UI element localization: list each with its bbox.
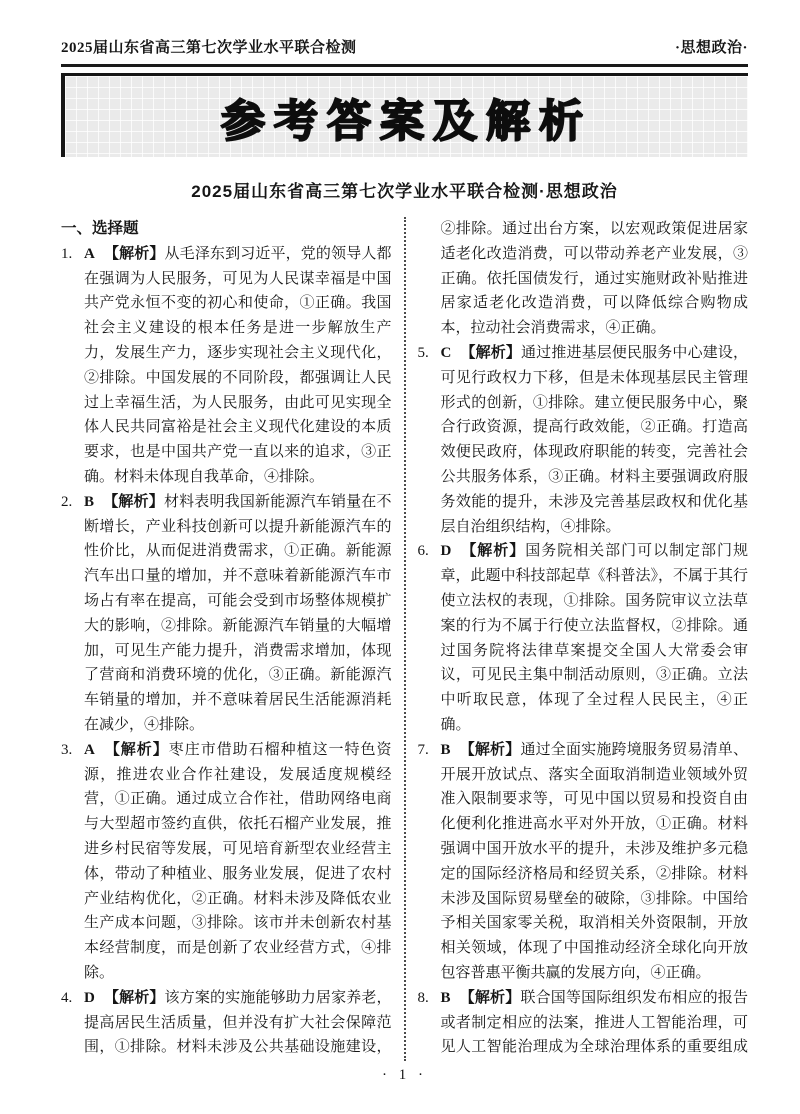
- answer-letter: D: [84, 990, 95, 1006]
- answer-text: 枣庄市借助石榴种植这一特色资源，推进农业合作社建设，发展适度规模经营，①正确。通…: [84, 742, 392, 981]
- answer-letter: A: [84, 742, 95, 758]
- exam-answer-page: 2025届山东省高三第七次学业水平联合检测 ·思想政治· 参考答案及解析 202…: [0, 0, 800, 1114]
- answer-item: 5.C【解析】通过推进基层便民服务中心建设，可见行政权力下移，但是未体现基层民主…: [418, 341, 749, 539]
- answer-text: 从毛泽东到习近平，党的领导人都在强调为人民服务，可见为人民谋幸福是中国共产党永恒…: [84, 246, 392, 485]
- answer-text: 通过推进基层便民服务中心建设，可见行政权力下移，但是未体现基层民主管理形式的创新…: [441, 345, 749, 535]
- answer-list: 1.A【解析】从毛泽东到习近平，党的领导人都在强调为人民服务，可见为人民谋幸福是…: [61, 217, 748, 1061]
- analysis-label: 【解析】: [103, 493, 164, 510]
- answer-number: 1.: [61, 242, 72, 267]
- answer-letter: D: [441, 543, 452, 559]
- analysis-label: 【解析】: [460, 741, 521, 758]
- section-title: 一、选择题: [61, 217, 392, 242]
- answer-columns: 一、选择题 1.A【解析】从毛泽东到习近平，党的领导人都在强调为人民服务，可见为…: [61, 217, 748, 1061]
- answer-item: 3.A【解析】枣庄市借助石榴种植这一特色资源，推进农业合作社建设，发展适度规模经…: [61, 738, 392, 986]
- analysis-label: 【解析】: [104, 741, 169, 758]
- answer-number: 4.: [61, 986, 72, 1011]
- answer-letter: B: [441, 742, 451, 758]
- answer-item: 2.B【解析】材料表明我国新能源汽车销量在不断增长，产业科技创新可以提升新能源汽…: [61, 490, 392, 738]
- page-number: · 1 ·: [382, 1067, 427, 1083]
- answer-letter: A: [84, 246, 95, 262]
- answer-number: 8.: [418, 986, 429, 1011]
- answer-number: 7.: [418, 738, 429, 763]
- page-footer: · 1 ·: [61, 1067, 748, 1084]
- answer-number: 3.: [61, 738, 72, 763]
- answer-number: 2.: [61, 490, 72, 515]
- answer-text: 材料表明我国新能源汽车销量在不断增长，产业科技创新可以提升新能源汽车的性价比，从…: [84, 494, 392, 733]
- page-header: 2025届山东省高三第七次学业水平联合检测 ·思想政治·: [61, 36, 748, 67]
- analysis-label: 【解析】: [460, 542, 525, 559]
- analysis-label: 【解析】: [104, 989, 165, 1006]
- answer-number: 5.: [418, 341, 429, 366]
- page-title: 参考答案及解析: [221, 85, 592, 149]
- answer-letter: C: [441, 345, 452, 361]
- header-exam-title: 2025届山东省高三第七次学业水平联合检测: [61, 36, 357, 57]
- answer-number: 6.: [418, 539, 429, 564]
- analysis-label: 【解析】: [460, 989, 521, 1006]
- answer-item: 7.B【解析】通过全面实施跨境服务贸易清单、开展开放试点、落实全面取消制造业领域…: [418, 738, 749, 986]
- answer-item: 6.D【解析】国务院相关部门可以制定部门规章，此题中科技部起草《科普法》，不属于…: [418, 539, 749, 737]
- subtitle: 2025届山东省高三第七次学业水平联合检测·思想政治: [61, 177, 748, 202]
- header-subject: ·思想政治·: [675, 36, 748, 57]
- title-banner: 参考答案及解析: [61, 73, 748, 157]
- answer-text: 通过全面实施跨境服务贸易清单、开展开放试点、落实全面取消制造业领域外贸准入限制要…: [441, 742, 749, 981]
- answer-item: 1.A【解析】从毛泽东到习近平，党的领导人都在强调为人民服务，可见为人民谋幸福是…: [61, 242, 392, 490]
- answer-text: 国务院相关部门可以制定部门规章，此题中科技部起草《科普法》，不属于其行使立法权的…: [441, 543, 749, 733]
- analysis-label: 【解析】: [104, 245, 165, 262]
- answer-letter: B: [84, 494, 94, 510]
- answer-letter: B: [441, 990, 451, 1006]
- analysis-label: 【解析】: [460, 344, 521, 361]
